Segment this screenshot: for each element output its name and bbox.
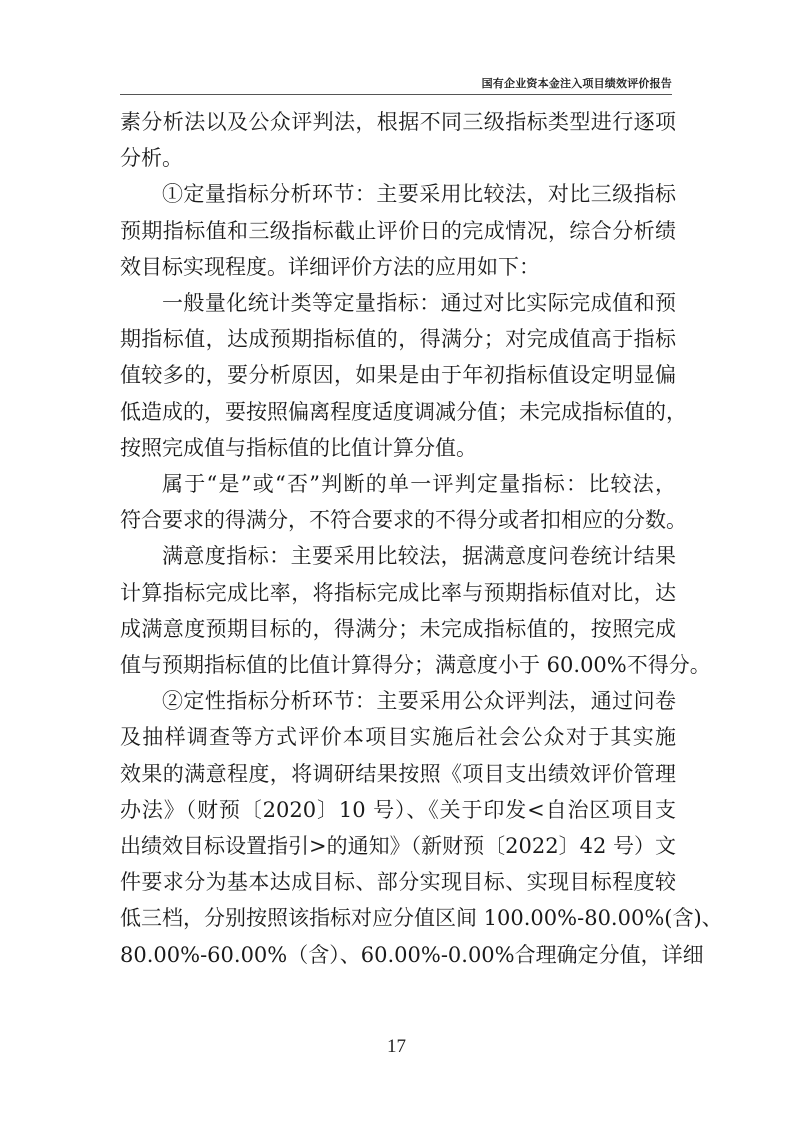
text-line: 符合要求的得满分，不符合要求的不得分或者扣相应的分数。 xyxy=(120,502,676,538)
text-line: 值与预期指标值的比值计算得分；满意度小于 60.00%不得分。 xyxy=(120,647,676,683)
header-divider xyxy=(120,94,672,95)
text-line: 期指标值，达成预期指标值的，得满分；对完成值高于指标 xyxy=(120,321,676,357)
text-line: 件要求分为基本达成目标、部分实现目标、实现目标程度较 xyxy=(120,864,676,900)
text-line: ①定量指标分析环节：主要采用比较法，对比三级指标 xyxy=(120,176,676,212)
text-line: 办法》（财预〔2020〕10 号）、《关于印发<自治区项目支 xyxy=(120,792,676,828)
text-line: 一般量化统计类等定量指标：通过对比实际完成值和预 xyxy=(120,285,676,321)
text-line: 效果的满意程度，将调研结果按照《项目支出绩效评价管理 xyxy=(120,756,676,792)
body-text: 素分析法以及公众评判法，根据不同三级指标类型进行逐项分析。①定量指标分析环节：主… xyxy=(120,104,676,973)
page-number: 17 xyxy=(0,1036,793,1058)
text-line: 低三档，分别按照该指标对应分值区间 100.00%-80.00%(含)、 xyxy=(120,900,676,936)
text-line: 素分析法以及公众评判法，根据不同三级指标类型进行逐项 xyxy=(120,104,676,140)
text-line: 及抽样调查等方式评价本项目实施后社会公众对于其实施 xyxy=(120,719,676,755)
document-page: 国有企业资本金注入项目绩效评价报告 素分析法以及公众评判法，根据不同三级指标类型… xyxy=(0,0,793,1122)
text-line: 值较多的，要分析原因，如果是由于年初指标值设定明显偏 xyxy=(120,357,676,393)
text-line: 预期指标值和三级指标截止评价日的完成情况，综合分析绩 xyxy=(120,213,676,249)
text-line: 80.00%-60.00%（含）、60.00%-0.00%合理确定分值，详细 xyxy=(120,937,676,973)
text-line: 分析。 xyxy=(120,140,676,176)
text-line: ②定性指标分析环节：主要采用公众评判法，通过问卷 xyxy=(120,683,676,719)
text-line: 效目标实现程度。详细评价方法的应用如下： xyxy=(120,249,676,285)
text-line: 按照完成值与指标值的比值计算分值。 xyxy=(120,430,676,466)
text-line: 满意度指标：主要采用比较法，据满意度问卷统计结果 xyxy=(120,538,676,574)
text-line: 计算指标完成比率，将指标完成比率与预期指标值对比，达 xyxy=(120,575,676,611)
running-header-title: 国有企业资本金注入项目绩效评价报告 xyxy=(482,75,672,91)
text-line: 属于“是”或“否”判断的单一评判定量指标：比较法， xyxy=(120,466,676,502)
text-line: 低造成的，要按照偏离程度适度调减分值；未完成指标值的， xyxy=(120,394,676,430)
text-line: 成满意度预期目标的，得满分；未完成指标值的，按照完成 xyxy=(120,611,676,647)
text-line: 出绩效目标设置指引>的通知》（新财预〔2022〕42 号）文 xyxy=(120,828,676,864)
